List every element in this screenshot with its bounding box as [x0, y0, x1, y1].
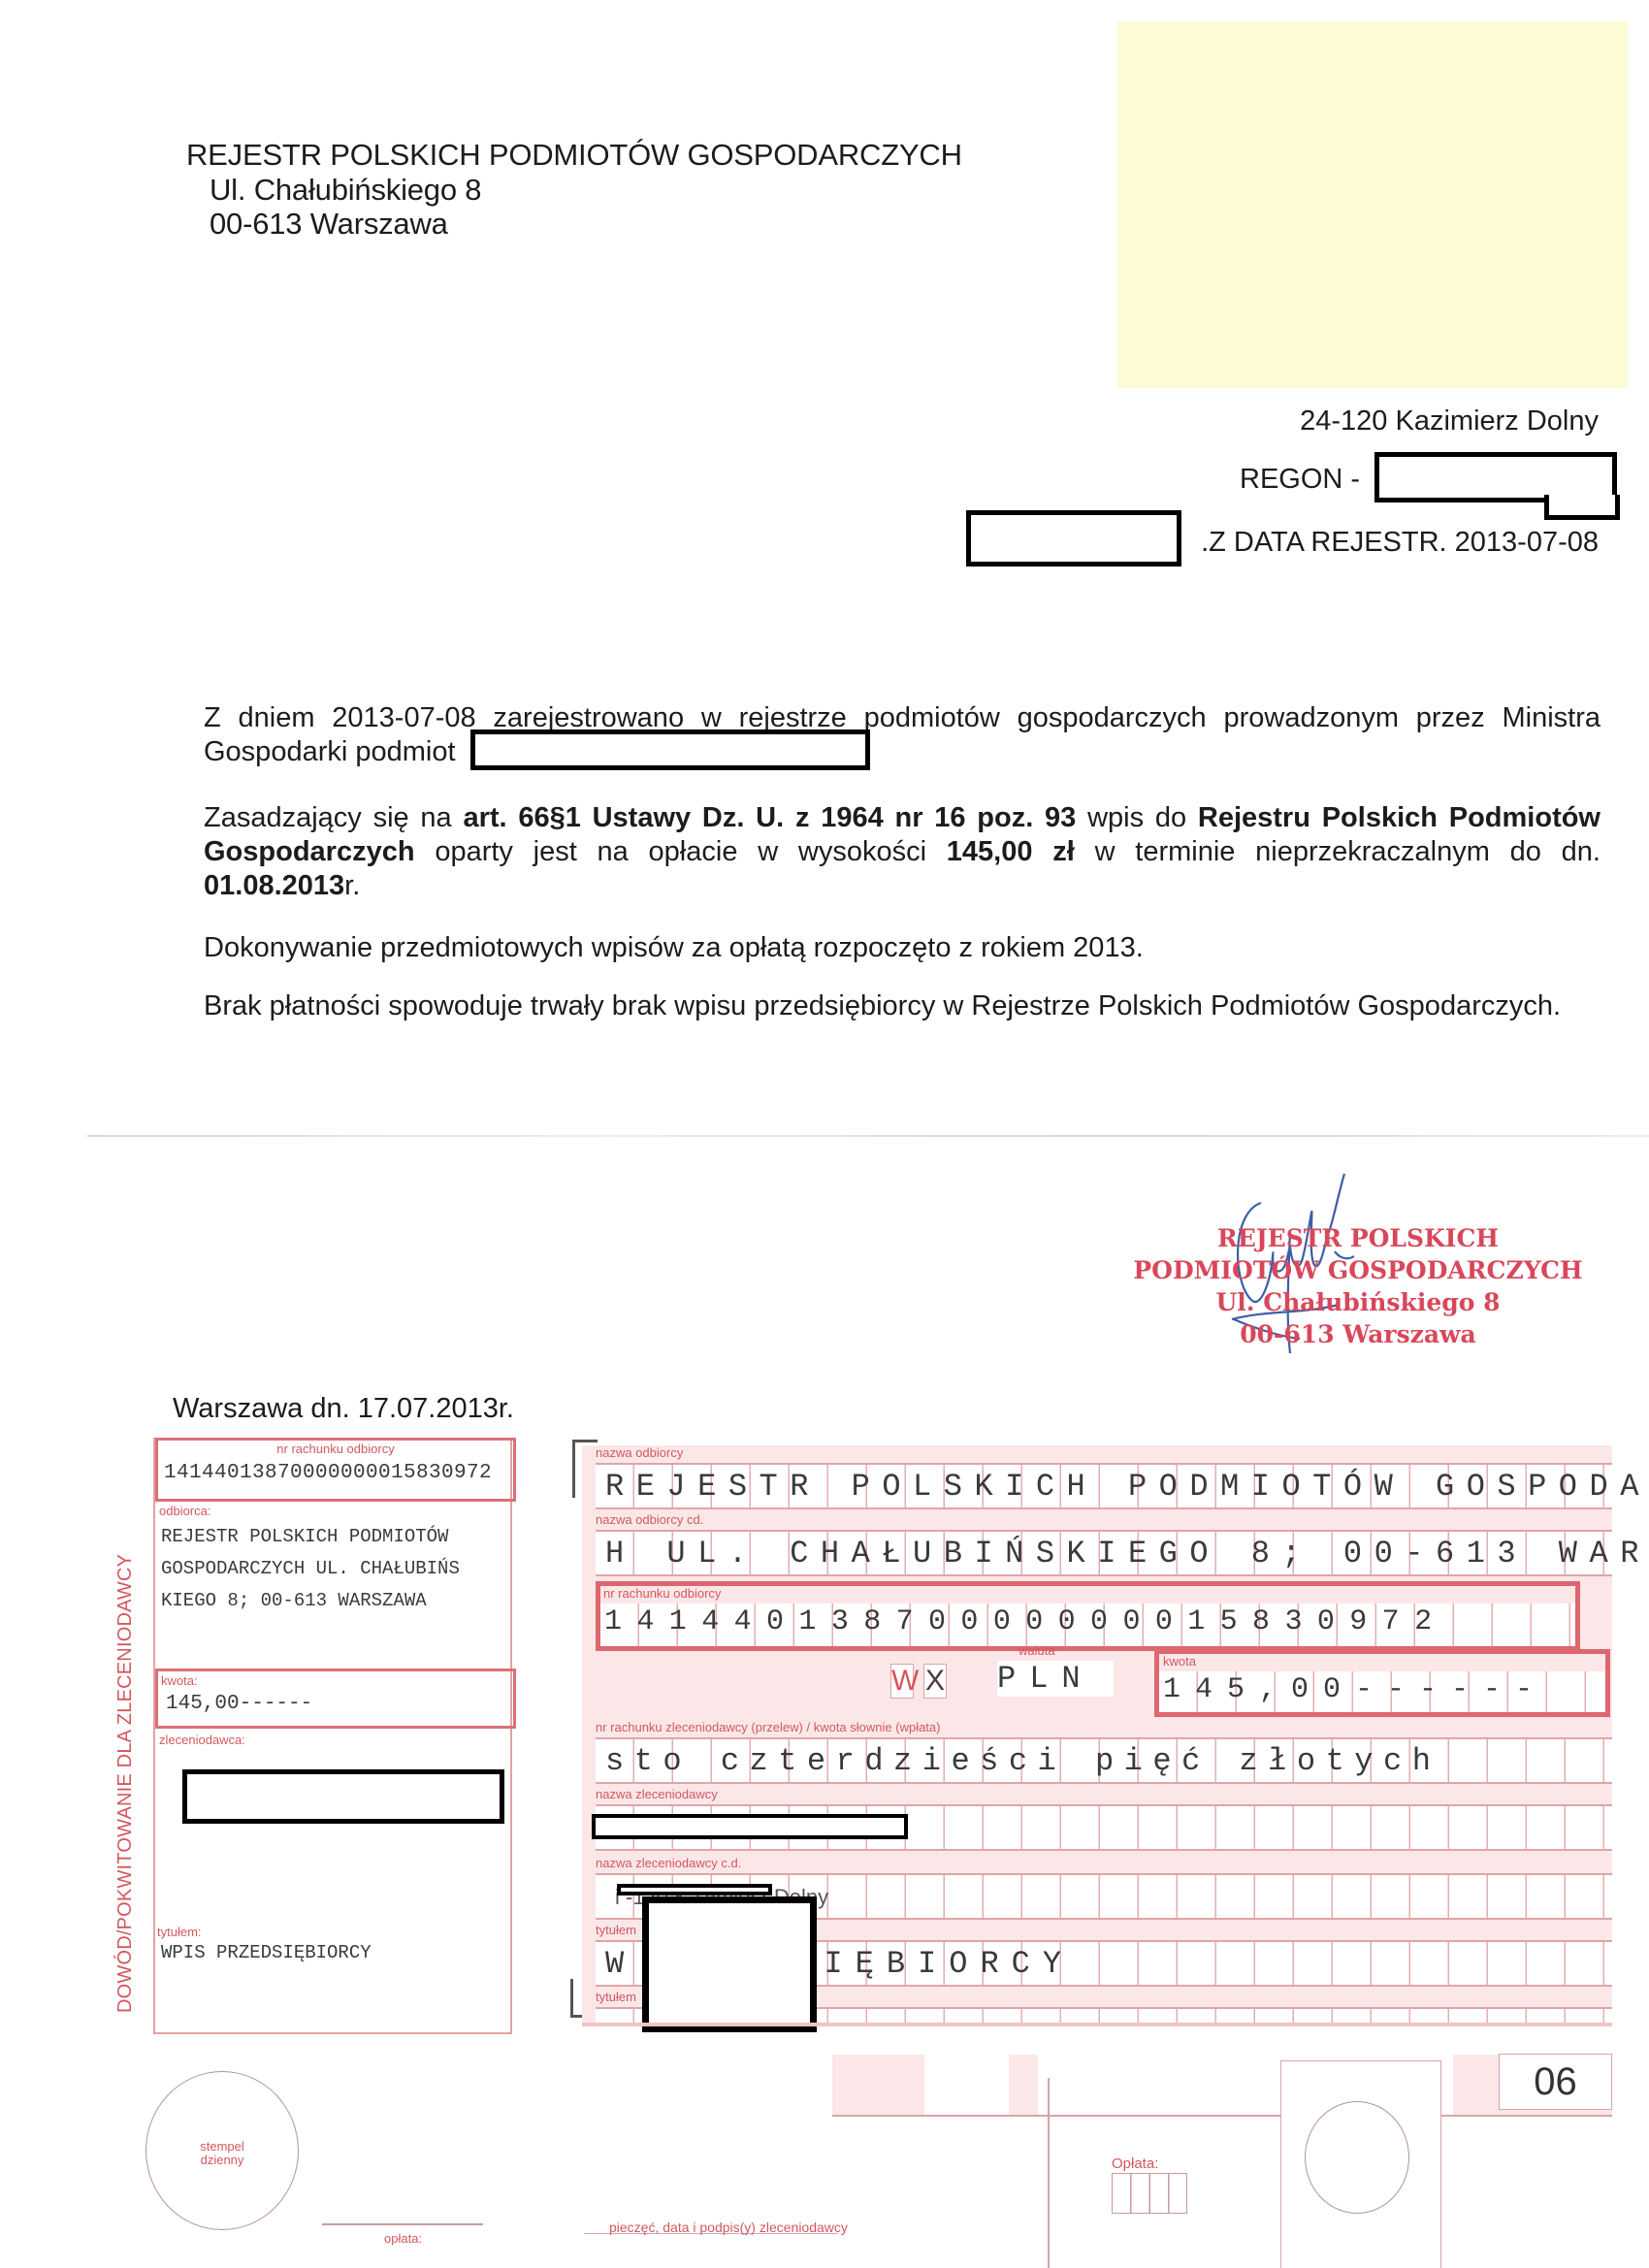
amount-field[interactable]: 145,00------ — [1159, 1671, 1605, 1712]
stub-account-box: nr rachunku odbiorcy 1414401387000000001… — [155, 1438, 516, 1502]
paragraph-legal-basis: Zasadzający się na art. 66§1 Ustawy Dz. … — [204, 801, 1600, 903]
transfer-type-w[interactable]: W — [890, 1664, 914, 1699]
recipient-name-cont-field: H UL. CHAŁUBIŃSKIEGO 8; 00-613 WARSZAWA — [596, 1530, 1612, 1576]
paragraph-start-year: Dokonywanie przedmiotowych wpisów za opł… — [204, 931, 1600, 965]
paragraph-registration-text: Z dniem 2013-07-08 zarejestrowano w reje… — [204, 702, 1600, 767]
receipt-stub: nr rachunku odbiorcy 1414401387000000001… — [153, 1438, 512, 2034]
fee-boxes[interactable] — [1112, 2173, 1187, 2214]
registration-date: .Z DATA REJESTR. 2013-07-08 — [1201, 527, 1599, 559]
regon-label: REGON - — [1240, 464, 1360, 496]
stub-amount: 145,00------ — [166, 1693, 312, 1715]
paragraph-registration: Z dniem 2013-07-08 zarejestrowano w reje… — [204, 701, 1600, 769]
stub-account-number: 14144013870000000015830972 — [164, 1462, 492, 1484]
transfer-form: nazwa odbiorcy REJESTR POLSKICH PODMIOTÓ… — [582, 1445, 1612, 2023]
stub-fee-label: opłata: — [384, 2231, 422, 2246]
company-stamp: REJESTR POLSKICH PODMIOTÓW GOSPODARCZYCH… — [1125, 1222, 1591, 1350]
stub-fee-line — [322, 2223, 483, 2225]
place-date: Warszawa dn. 17.07.2013r. — [173, 1393, 514, 1425]
recipient-account-box: nr rachunku odbiorcy 1414401387000000001… — [596, 1581, 1580, 1651]
sender-name: REJESTR POLSKICH PODMIOTÓW GOSPODARCZYCH — [186, 138, 962, 173]
form-divider — [582, 2023, 1612, 2026]
redacted-payer-address — [617, 1884, 772, 1895]
bank-stamp-circle — [1305, 2101, 1409, 2214]
form-shaded-area — [832, 2055, 924, 2115]
form-number: 06 — [1499, 2054, 1612, 2110]
redaction-mark — [1544, 495, 1620, 520]
paragraph-warning: Brak płatności spowoduje trwały brak wpi… — [204, 989, 1600, 1023]
sender-street: Ul. Chałubińskiego 8 — [210, 173, 481, 208]
redacted-payer-name — [592, 1814, 908, 1839]
amount-box: kwota 145,00------ — [1154, 1649, 1610, 1717]
stub-amount-box: kwota: 145,00------ — [155, 1669, 516, 1729]
fee-amount: 145,00 zł — [947, 836, 1075, 867]
redacted-payer — [182, 1769, 504, 1824]
fee-label: Opłata: — [1112, 2155, 1158, 2172]
currency-field[interactable]: PLN — [997, 1661, 1114, 1697]
sticky-note — [1117, 21, 1628, 388]
transfer-type-x-checkbox[interactable]: X — [923, 1664, 947, 1699]
recipient-account-field: 14144013870000000015830972 — [600, 1604, 1575, 1646]
stub-recipient: REJESTR POLSKICH PODMIOTÓW GOSPODARCZYCH… — [161, 1521, 460, 1617]
redacted-company-name — [470, 729, 870, 770]
amount-in-words-field[interactable]: sto czterdzieści pięć złotych — [596, 1737, 1612, 1784]
redacted-title — [642, 1896, 817, 2032]
stub-stamp-label: stempel dzienny — [145, 2140, 299, 2167]
stub-title: WPIS PRZEDSIĘBIORCY — [161, 1942, 372, 1963]
sender-city: 00-613 Warszawa — [210, 207, 448, 242]
due-date: 01.08.2013 — [204, 870, 344, 901]
fold-line — [87, 1135, 1649, 1137]
signature-label: pieczęć, data i podpis(y) zleceniodawcy — [609, 2219, 848, 2235]
redacted-company-id — [966, 510, 1181, 567]
recipient-city: 24-120 Kazimierz Dolny — [1300, 405, 1599, 437]
recipient-name-field: REJESTR POLSKICH PODMIOTÓW GOSPODARCZYC — [596, 1463, 1612, 1509]
stub-vertical-title: DOWÓD/POKWITOWANIE DLA ZLECENIODAWCY — [114, 1554, 137, 2013]
